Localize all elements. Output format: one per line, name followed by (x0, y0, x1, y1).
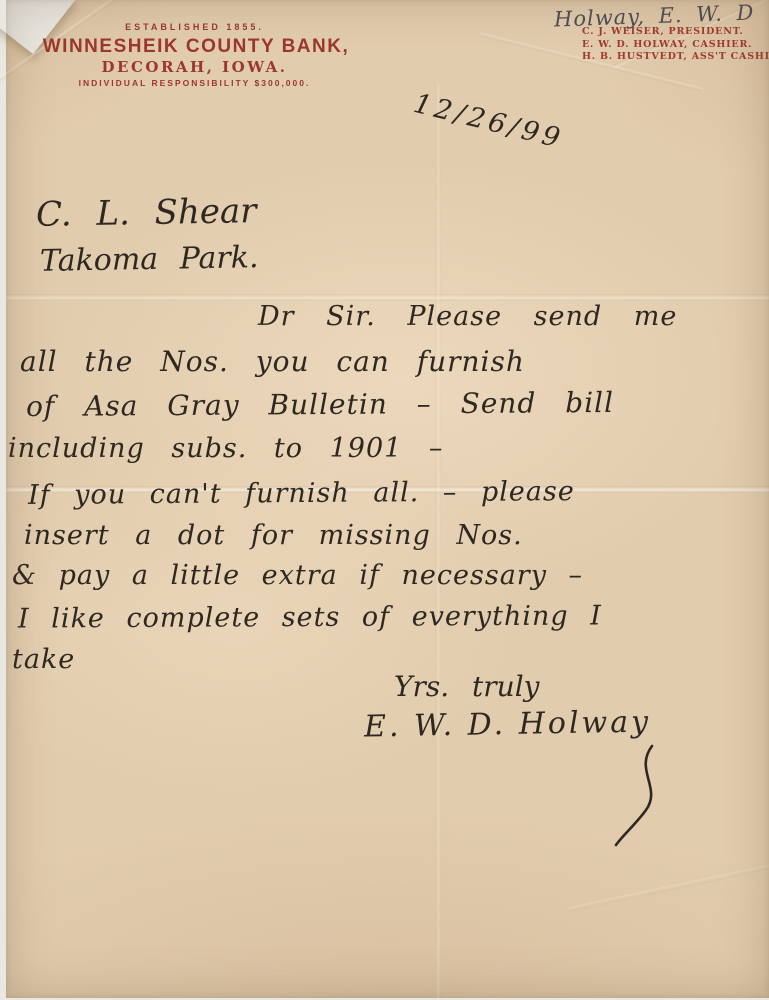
letter-date: 12/26/99 (411, 88, 567, 155)
letter-line: Dr Sir. Please send me (258, 301, 677, 332)
officer-line-cashier: E. W. D. HOLWAY, CASHIER. (582, 39, 769, 52)
letter-line: I like complete sets of everything I (18, 600, 602, 634)
signature-flourish (604, 744, 674, 849)
letterhead-officers-list: C. J. WEISER, PRESIDENT. E. W. D. HOLWAY… (582, 26, 769, 64)
recipient-name: C. L. Shear (36, 191, 257, 235)
recipient-address: Takoma Park. (40, 240, 259, 279)
scanned-letter: ESTABLISHED 1855. WINNESHEIK COUNTY BANK… (0, 0, 769, 1000)
signature-text: E. W. D. Holway (364, 704, 652, 744)
fold-crease-diagonal-bottom (568, 853, 769, 912)
letter-line: all the Nos. you can furnish (20, 345, 525, 378)
letter-line: insert a dot for missing Nos. (24, 520, 523, 551)
letterhead-responsibility-line: INDIVIDUAL RESPONSIBILITY $300,000. (52, 78, 337, 88)
letter-line: & pay a little extra if necessary – (12, 560, 583, 591)
letter-paper: ESTABLISHED 1855. WINNESHEIK COUNTY BANK… (6, 0, 769, 998)
officer-line-asst-cashier: H. B. HUSTVEDT, ASS'T CASHIER. (582, 51, 769, 64)
letterhead-established-line: ESTABLISHED 1855. (62, 22, 327, 32)
letterhead-location: DECORAH, IOWA. (62, 58, 327, 76)
closing-text: Yrs. truly (394, 670, 539, 703)
letter-line: If you can't furnish all. – please (28, 476, 575, 511)
letter-line: of Asa Gray Bulletin – Send bill (26, 386, 614, 423)
letterhead-bank-name: WINNESHEIK COUNTY BANK, (36, 36, 356, 58)
letter-line: take (12, 644, 75, 675)
fold-crease-horizontal-upper (6, 294, 769, 301)
letter-line: including subs. to 1901 – (8, 433, 443, 464)
